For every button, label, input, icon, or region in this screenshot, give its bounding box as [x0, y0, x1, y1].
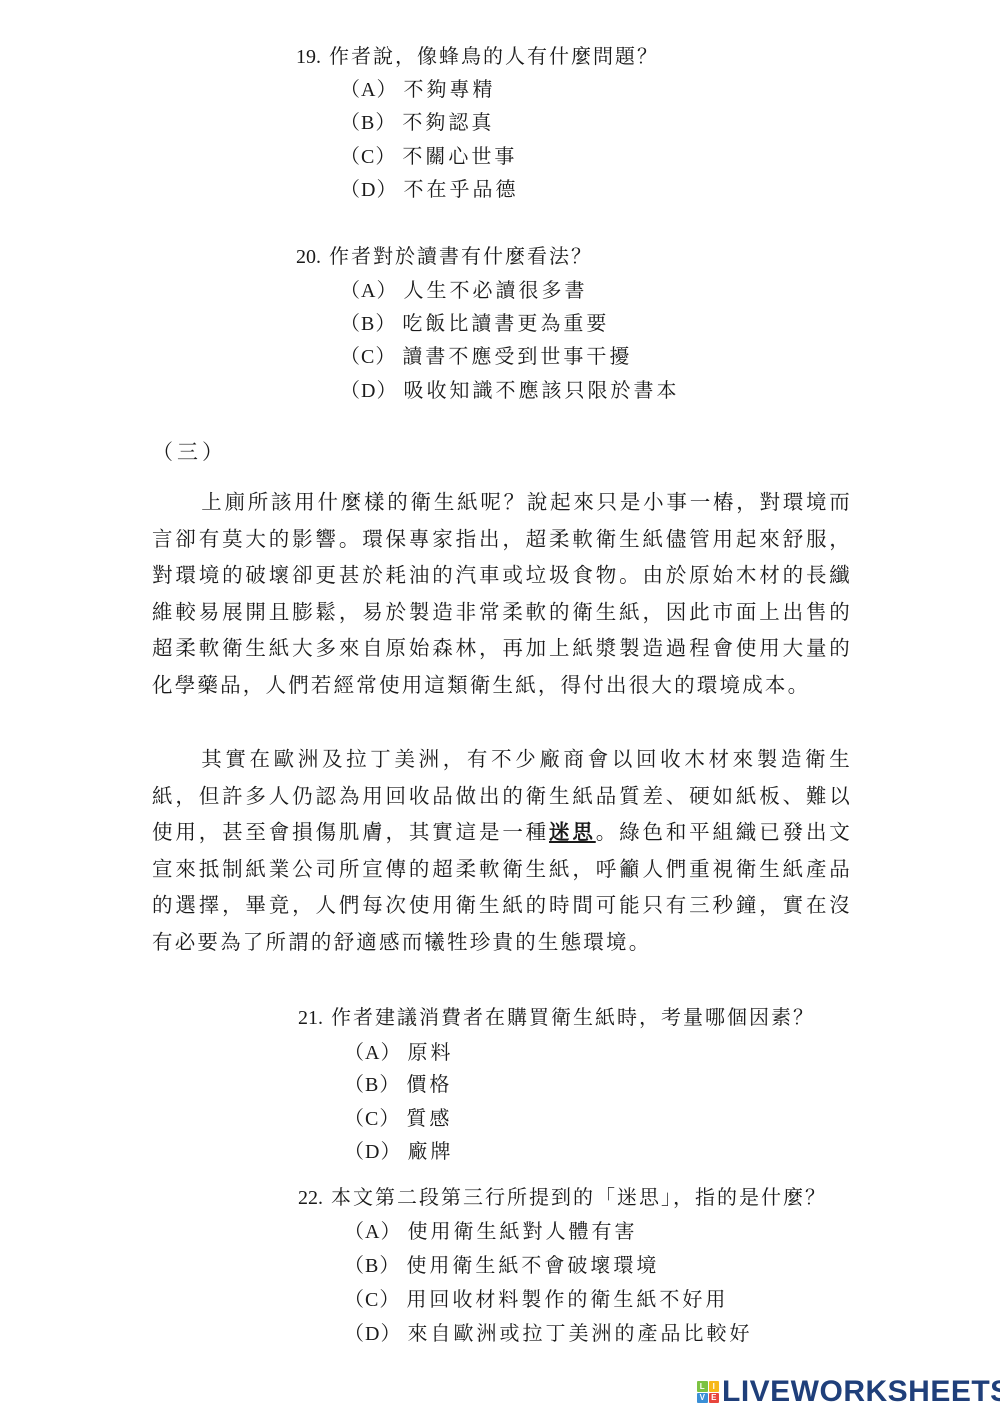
question-20-title: 20.作者對於讀書有什麼看法？	[296, 240, 593, 269]
question-text: 作者說，像蜂鳥的人有什麼問題？	[329, 44, 659, 68]
question-19-title: 19.作者說，像蜂鳥的人有什麼問題？	[296, 40, 659, 69]
question-text: 本文第二段第三行所提到的「迷思」，指的是什麼？	[331, 1185, 827, 1209]
question-number: 22.	[298, 1187, 323, 1209]
question-number: 21.	[298, 1007, 323, 1029]
question-20-option-d[interactable]: （D）吸收知識不應該只限於書本	[340, 374, 679, 403]
question-text: 作者對於讀書有什麼看法？	[329, 244, 593, 268]
question-20-option-c[interactable]: （C）讀書不應受到世事干擾	[340, 340, 632, 369]
question-20-option-b[interactable]: （B）吃飯比讀書更為重要	[340, 307, 609, 336]
liveworksheets-logo[interactable]: L I V E LIVEWORKSHEETS	[697, 1376, 1000, 1408]
logo-block-l: L	[697, 1381, 708, 1392]
question-text: 作者建議消費者在購買衛生紙時，考量哪個因素？	[331, 1005, 815, 1029]
live-blocks-icon: L I V E	[697, 1381, 719, 1403]
question-number: 20.	[296, 246, 321, 268]
question-22-option-a[interactable]: （A）使用衛生紙對人體有害	[344, 1215, 637, 1244]
question-20-option-a[interactable]: （A）人生不必讀很多書	[340, 274, 587, 303]
underlined-term: 迷思	[549, 820, 596, 844]
logo-text: LIVEWORKSHEETS	[722, 1375, 1000, 1409]
question-21-option-c[interactable]: （C）質感	[344, 1102, 452, 1131]
question-22-option-d[interactable]: （D）來自歐洲或拉丁美洲的產品比較好	[344, 1317, 752, 1346]
passage-paragraph-1: 上廁所該用什麼樣的衛生紙呢？說起來只是小事一樁，對環境而言卻有莫大的影響。環保專…	[152, 484, 852, 703]
question-21-option-b[interactable]: （B）價格	[344, 1068, 452, 1097]
question-22-option-c[interactable]: （C）用回收材料製作的衛生紙不好用	[344, 1283, 728, 1312]
paragraph-text: 其實在歐洲及拉丁美洲，有不少廠商會以回收木材來製造衛生紙，但許多人仍認為用回收品…	[152, 741, 852, 960]
question-21-option-a[interactable]: （A）原料	[344, 1036, 453, 1065]
question-21-title: 21.作者建議消費者在購買衛生紙時，考量哪個因素？	[298, 1001, 815, 1030]
logo-block-i: I	[709, 1381, 720, 1392]
question-19-option-a[interactable]: （A）不夠專精	[340, 73, 495, 102]
logo-block-e: E	[709, 1393, 720, 1404]
section-marker: （三）	[152, 436, 227, 466]
paragraph-text: 上廁所該用什麼樣的衛生紙呢？說起來只是小事一樁，對環境而言卻有莫大的影響。環保專…	[152, 484, 852, 703]
question-19-option-c[interactable]: （C）不關心世事	[340, 140, 517, 169]
logo-block-v: V	[697, 1393, 708, 1404]
question-number: 19.	[296, 46, 321, 68]
question-19-option-d[interactable]: （D）不在乎品德	[340, 173, 518, 202]
passage-paragraph-2: 其實在歐洲及拉丁美洲，有不少廠商會以回收木材來製造衛生紙，但許多人仍認為用回收品…	[152, 741, 852, 960]
question-22-title: 22.本文第二段第三行所提到的「迷思」，指的是什麼？	[298, 1181, 827, 1210]
question-19-option-b[interactable]: （B）不夠認真	[340, 106, 494, 135]
question-21-option-d[interactable]: （D）廠牌	[344, 1135, 453, 1164]
question-22-option-b[interactable]: （B）使用衛生紙不會破壞環境	[344, 1249, 659, 1278]
